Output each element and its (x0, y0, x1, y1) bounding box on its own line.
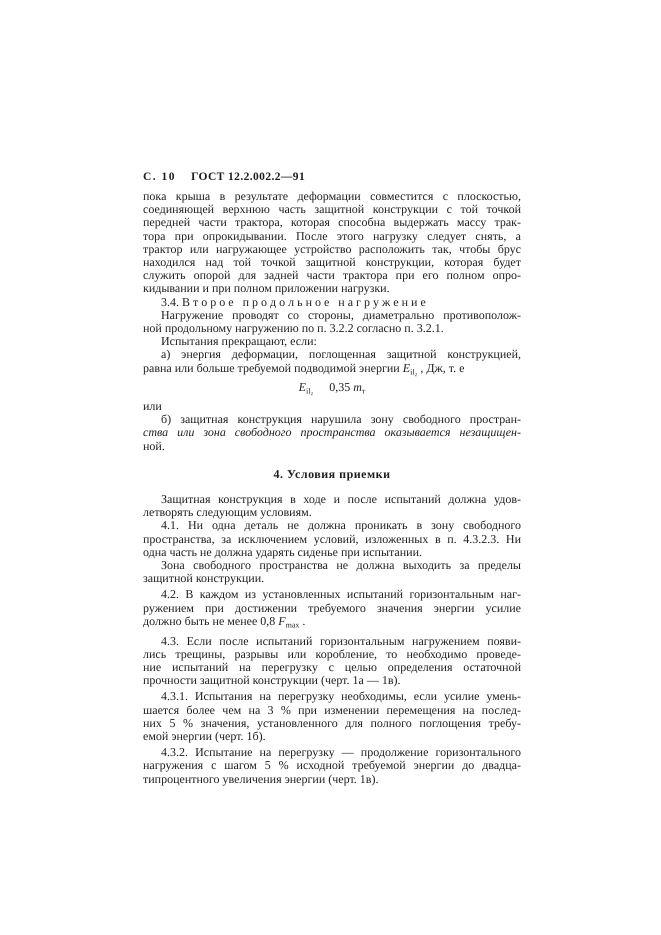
paragraph-4-3-2: 4.3.2. Испытание на перегрузку — продолж… (143, 746, 521, 786)
text-segment: 4.3.1. Испытания на перегрузку необходим… (161, 689, 521, 703)
paragraph-4-2: 4.2. В каждом из установленных испытаний… (143, 588, 521, 631)
text-segment: max (286, 620, 300, 629)
text-segment: F (278, 614, 285, 628)
document-body: пока крыша в результате деформации совме… (143, 190, 521, 786)
text-segment: m (353, 380, 362, 394)
text-line: 4. Условия приемки (143, 468, 521, 481)
paragraph-3-4-intro: Нагружение проводят со стороны, диаметра… (143, 309, 521, 335)
text-segment: должно быть не менее 0,8 (143, 614, 278, 628)
text-segment: 4.3. Если после испытаний горизонтальным… (161, 634, 521, 648)
document-blocks: пока крыша в результате деформации совме… (143, 190, 521, 786)
text-line: емой энергии (черт. 1б). (143, 730, 521, 743)
scanned-document-page: С. 10ГОСТ 12.2.002.2—91 пока крыша в рез… (0, 0, 661, 935)
paragraph-4-3-1: 4.3.1. Испытания на перегрузку необходим… (143, 690, 521, 743)
text-segment: находился над той точкой защитной констр… (143, 255, 521, 269)
paragraph-item-b: б) защитная конструкция нарушила зону св… (143, 413, 521, 453)
text-line: Eil₂0,35 mт (143, 381, 521, 398)
text-segment: 4.2. В каждом из установленных испытаний… (161, 587, 521, 601)
text-segment: трактор или нагружающее устройство распо… (143, 242, 521, 256)
text-segment: лись трещины, разрывы или коробление, то… (143, 647, 521, 661)
text-segment: передней части трактора, которая способн… (143, 215, 521, 229)
paragraph-4-1: 4.1. Ни одна деталь не должна проникать … (143, 519, 521, 559)
paragraph-4-3: 4.3. Если после испытаний горизонтальным… (143, 635, 521, 688)
text-line: ной. (143, 440, 521, 453)
text-segment: б) защитная конструкция нарушила зону св… (161, 412, 521, 426)
text-segment: соединяющей верхнюю часть защитной конст… (143, 202, 521, 216)
paragraph-4-intro: Защитная конструкция в ходе и после испы… (143, 493, 521, 519)
text-segment: типроцентного увеличения энергии (черт. … (143, 772, 378, 786)
heading-4-acceptance: 4. Условия приемки (143, 468, 521, 481)
text-segment: или (143, 399, 162, 413)
text-line: типроцентного увеличения энергии (черт. … (143, 773, 521, 786)
text-segment: E (299, 380, 306, 394)
text-segment: 0,35 (329, 380, 353, 394)
text-segment: тора при опрокидывании. После этого нагр… (143, 229, 521, 243)
text-segment: одна часть не должна ударять сиденье при… (143, 545, 422, 559)
text-segment: ной. (143, 439, 165, 453)
text-segment: ной продольному нагружению по п. 3.2.2 с… (143, 321, 444, 335)
text-segment: т (362, 387, 366, 396)
text-segment: них 5 % значения, установленного для пол… (143, 716, 521, 730)
text-segment: . (299, 614, 305, 628)
text-segment: Испытания прекращают, если: (161, 334, 317, 348)
text-segment: равна или больше требуемой подводимой эн… (143, 361, 403, 375)
text-segment: пространства, за исключением условий, из… (143, 532, 521, 546)
text-segment: Нагружение проводят со стороны, диаметра… (161, 308, 521, 322)
text-segment: Зона свободного пространства не должна в… (161, 558, 521, 572)
page-number-label: С. 10 (143, 171, 176, 183)
text-line: равна или больше требуемой подводимой эн… (143, 362, 521, 379)
paragraph-4-1-zone: Зона свободного пространства не должна в… (143, 559, 521, 585)
text-segment: il₂ (306, 387, 313, 396)
text-segment: E (403, 361, 410, 375)
text-segment: шается более чем на 3 % при изменении пе… (143, 703, 521, 717)
text-line: должно быть не менее 0,8 Fmax . (143, 615, 521, 632)
paragraph-continuation: пока крыша в результате деформации совме… (143, 190, 521, 296)
text-segment: 4.3.2. Испытание на перегрузку — продолж… (161, 745, 521, 759)
page-header: С. 10ГОСТ 12.2.002.2—91 (143, 171, 305, 183)
text-segment: прочности защитной конструкции (черт. 1а… (143, 673, 401, 687)
text-segment: нагружения с шагом 5 % исходной требуемо… (143, 758, 521, 772)
text-segment: летворять следующим условиям. (143, 505, 312, 519)
text-segment: ства или зона свободного пространства ок… (143, 425, 521, 439)
text-segment: 4.1. Ни одна деталь не должна проникать … (161, 518, 521, 532)
text-line: прочности защитной конструкции (черт. 1а… (143, 674, 521, 687)
text-segment: защитной конструкции. (143, 571, 264, 585)
text-line: защитной конструкции. (143, 572, 521, 585)
text-segment: емой энергии (черт. 1б). (143, 729, 266, 743)
text-segment: ние испытаний на перегрузку с целью опре… (143, 660, 521, 674)
standard-number: ГОСТ 12.2.002.2—91 (191, 171, 305, 183)
formula-energy: Eil₂0,35 mт (143, 381, 521, 398)
text-segment: кидывании и при полном приложении нагруз… (143, 281, 390, 295)
text-line: ства или зона свободного пространства ок… (143, 426, 521, 439)
text-segment: 4. Условия приемки (274, 467, 391, 481)
text-segment: , Дж, т. е (417, 361, 464, 375)
text-segment: служить опорой для задней части трактора… (143, 268, 521, 282)
text-segment: а) энергия деформации, поглощенная защит… (161, 347, 521, 361)
text-segment: ружением при достижении требуемого значе… (143, 601, 521, 615)
paragraph-item-a: а) энергия деформации, поглощенная защит… (143, 348, 521, 378)
text-segment: 3.4. В т о р о е п р о д о л ь н о е н а… (161, 295, 426, 309)
text-segment: пока крыша в результате деформации совме… (143, 189, 521, 203)
text-segment: Защитная конструкция в ходе и после испы… (161, 492, 521, 506)
